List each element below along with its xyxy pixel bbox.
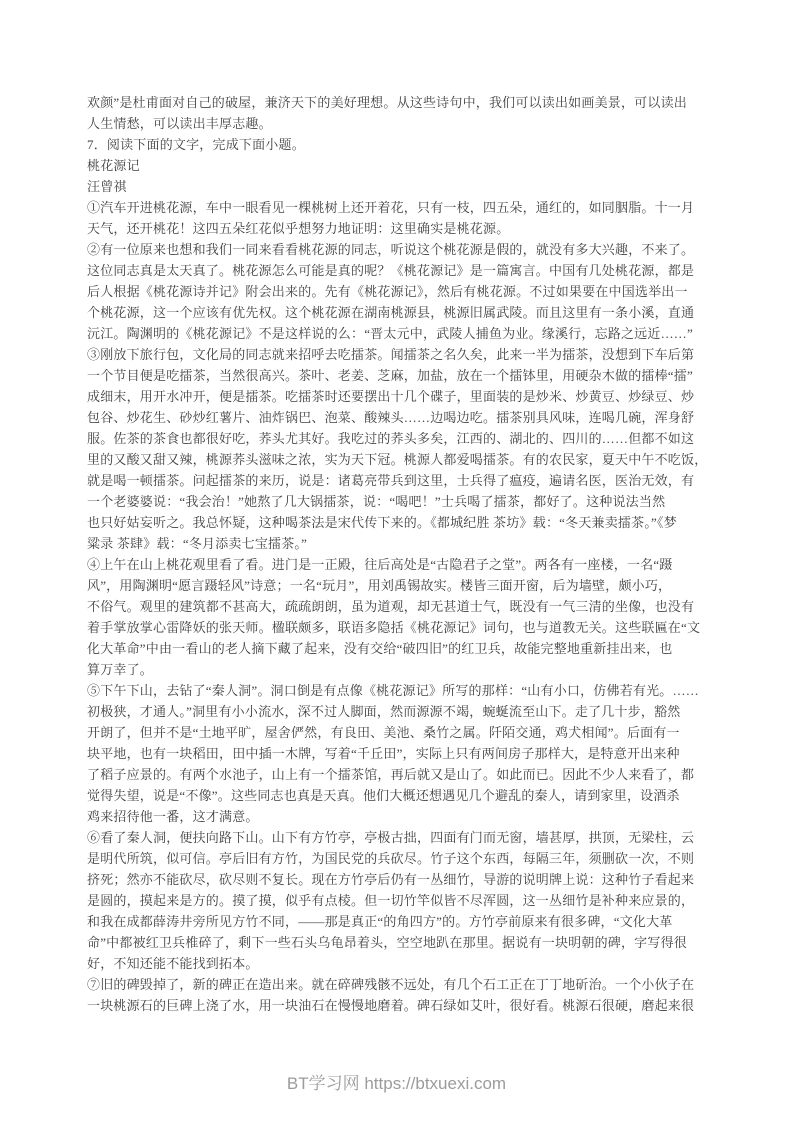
- text-line: 觉得失望，说是“不像”。这些同志也真是天真。他们大概还想遇见几个避乱的秦人，请到…: [87, 785, 709, 806]
- document-text-block: 欢颜”是杜甫面对自己的破屋，兼济天下的美好理想。从这些诗句中，我们可以读出如画美…: [87, 92, 709, 1016]
- text-line: ⑥看了秦人洞，便扶向路下山。山下有方竹亭，亭极古拙，四面有门而无窗，墙甚厚，拱顶…: [87, 827, 709, 848]
- text-line: 包谷、炒花生、砂炒红薯片、油炸锅巴、泡菜、酸辣头……边喝边吃。擂茶别具风味，连喝…: [87, 407, 709, 428]
- text-line: 这位同志真是太天真了。桃花源怎么可能是真的呢？《桃花源记》是一篇寓言。中国有几处…: [87, 260, 709, 281]
- text-line: 了稻子应景的。有两个水池子，山上有一个擂茶馆，再后就又是山了。如此而已。因此不少…: [87, 764, 709, 785]
- text-line: 命”中都被红卫兵椎碎了，剩下一些石头乌龟昂着头，空空地趴在那里。据说有一块明朝的…: [87, 932, 709, 953]
- text-line: 块平地，也有一块稻田，田中插一木牌，写着“千丘田”，实际上只有两间房子那样大，是…: [87, 743, 709, 764]
- text-line: 欢颜”是杜甫面对自己的破屋，兼济天下的美好理想。从这些诗句中，我们可以读出如画美…: [87, 92, 709, 113]
- text-line: 后人根据《桃花源诗并记》附会出来的。先有《桃花源记》，然后有桃花源。不过如果要在…: [87, 281, 709, 302]
- text-line: 挤死；然亦不能砍尽，砍尽则不复长。现在方竹亭后仍有一丛细竹，导游的说明牌上说：这…: [87, 869, 709, 890]
- text-line: 服。佐茶的茶食也都很好吃，荞头尤其好。我吃过的荞头多矣，江西的、湖北的、四川的……: [87, 428, 709, 449]
- text-line: 鸡来招待他一番，这才满意。: [87, 806, 709, 827]
- text-line: 沅江。陶渊明的《桃花源记》不是这样说的么：“晋太元中，武陵人捕鱼为业。缘溪行，忘…: [87, 323, 709, 344]
- text-line: 开朗了，但并不是“土地平旷，屋舍俨然，有良田、美池、桑竹之属。阡陌交通，鸡犬相闻…: [87, 722, 709, 743]
- text-line: ③刚放下旅行包，文化局的同志就来招呼去吃擂茶。闻擂茶之名久矣，此来一半为擂茶，没…: [87, 344, 709, 365]
- text-line: 是明代所筑，似可信。亭后旧有方竹，为国民党的兵砍尽。竹子这个东西，每隔三年，须删…: [87, 848, 709, 869]
- document-page: 欢颜”是杜甫面对自己的破屋，兼济天下的美好理想。从这些诗句中，我们可以读出如画美…: [0, 0, 793, 1122]
- text-line: 不俗气。观里的建筑都不甚高大，疏疏朗朗，虽为道观，却无甚道士气，既没有一气三清的…: [87, 596, 709, 617]
- text-line: 汪曾祺: [87, 176, 709, 197]
- text-line: 粱录 茶肆》载：“冬月添卖七宝擂茶。”: [87, 533, 709, 554]
- text-line: 初极狭，才通人。”洞里有小小流水，深不过人脚面，然而源源不竭，蜿蜒流至山下。走了…: [87, 701, 709, 722]
- text-line: 一个老婆婆说：“我会治！”她熬了几大锅擂茶，说：“喝吧！”士兵喝了擂茶，都好了。…: [87, 491, 709, 512]
- text-line: 也只好姑妄听之。我总怀疑，这种喝茶法是宋代传下来的。《都城纪胜 茶坊》载：“冬天…: [87, 512, 709, 533]
- text-line: 一个节目便是吃擂茶，当然很高兴。茶叶、老姜、芝麻，加盐，放在一个擂钵里，用硬杂木…: [87, 365, 709, 386]
- text-line: 着手掌放掌心雷降妖的张天师。楹联颇多，联语多隐括《桃花源记》词句，也与道教无关。…: [87, 617, 709, 638]
- text-line: 成细末，用开水冲开，便是擂茶。吃擂茶时还要摆出十几个碟子，里面装的是炒米、炒黄豆…: [87, 386, 709, 407]
- text-line: ②有一位原来也想和我们一同来看看桃花源的同志，听说这个桃花源是假的，就没有多大兴…: [87, 239, 709, 260]
- text-line: 和我在成都薛涛井旁所见方竹不同，——那是真正“的角四方”的。方竹亭前原来有很多碑…: [87, 911, 709, 932]
- text-line: 里的又酸又甜又辣，桃源荞头滋味之浓，实为天下冠。桃源人都爱喝擂茶。有的农民家，夏…: [87, 449, 709, 470]
- text-line: ⑦旧的碑毁掉了，新的碑正在造出来。就在碎碑残骸不远处，有几个石工正在丁丁地斫治。…: [87, 974, 709, 995]
- text-line: 一块桃源石的巨碑上浇了水，用一块油石在慢慢地磨着。碑石绿如艾叶，很好看。桃源石很…: [87, 995, 709, 1016]
- text-line: 天气，还开桃花！这四五朵红花似乎想努力地证明：这里确实是桃花源。: [87, 218, 709, 239]
- text-line: 桃花源记: [87, 155, 709, 176]
- text-line: ④上午在山上桃花观里看了看。进门是一正殿，往后高处是“古隐君子之堂”。两各有一座…: [87, 554, 709, 575]
- text-line: ①汽车开进桃花源，车中一眼看见一棵桃树上还开着花，只有一枝，四五朵，通红的，如同…: [87, 197, 709, 218]
- text-line: 风”，用陶渊明“愿言蹑轻风”诗意；一名“玩月”，用刘禹锡故实。楼皆三面开窗，后为…: [87, 575, 709, 596]
- watermark-footer: BT学习网 https://btxuexi.com: [0, 1069, 793, 1094]
- text-line: 7．阅读下面的文字，完成下面小题。: [87, 134, 709, 155]
- text-line: 个桃花源，这一个应该有优先权。这个桃花源在湖南桃源县，桃源旧属武陵。而且这里有一…: [87, 302, 709, 323]
- watermark-text: BT学习网 https://btxuexi.com: [287, 1074, 506, 1093]
- text-line: 人生情愁，可以读出丰厚志趣。: [87, 113, 709, 134]
- text-line: 算万幸了。: [87, 659, 709, 680]
- text-line: 就是喝一顿擂茶。问起擂茶的来历，说是：诸葛亮带兵到这里，士兵得了瘟疫，遍请名医，…: [87, 470, 709, 491]
- text-line: 好，不知还能不能找到拓本。: [87, 953, 709, 974]
- text-line: ⑤下午下山，去钻了“秦人洞”。洞口倒是有点像《桃花源记》所写的那样：“山有小口，…: [87, 680, 709, 701]
- text-line: 化大革命”中由一看山的老人摘下藏了起来，没有交给“破四旧”的红卫兵，故能完整地重…: [87, 638, 709, 659]
- text-line: 是圆的，摸起来是方的。摸了摸，似乎有点棱。但一切竹竿似皆不尽浑圆，这一丛细竹是补…: [87, 890, 709, 911]
